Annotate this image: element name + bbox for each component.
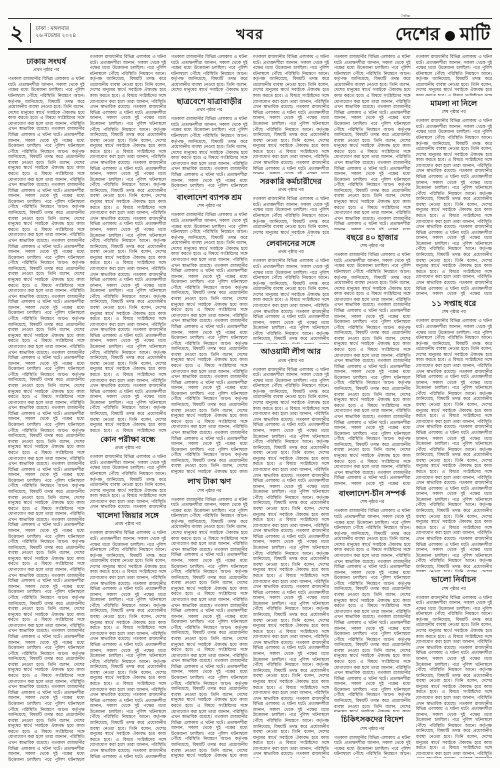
column-5: গতকাল রাজধানীর বিভিন্ন এলাকায় এ ঘটনা ঘট… [334,54,411,763]
article-headline: বাংলাদেশ-চীন সম্পর্ক [334,489,411,498]
continuation-label: প্রথম পৃষ্ঠার পর [253,249,330,256]
continuation-label: প্রথম পৃষ্ঠার পর [90,445,167,452]
article-body-text: গতকাল রাজধানীর বিভিন্ন এলাকায় এ ঘটনা ঘট… [416,595,493,758]
article-body-text: গতকাল রাজধানীর বিভিন্ন এলাকায় এ ঘটনা ঘট… [90,54,167,432]
article-headline: বছরে ৪০ হাজার [334,233,411,242]
header-top-rule [8,18,492,19]
continuation-label: প্রথম পৃষ্ঠার পর [253,358,330,365]
article-headline: ১১ সপ্তাহ ধরে [416,299,493,308]
column-2: গতকাল রাজধানীর বিভিন্ন এলাকায় এ ঘটনা ঘট… [90,54,167,763]
article-headline: ছাত্রবেশে যাত্রাবাড়ীর [171,97,248,106]
article-body-text: গতকাল রাজধানীর বিভিন্ন এলাকায় এ ঘটনা ঘট… [416,118,493,296]
continuation-label: শেষ পৃষ্ঠার পর [334,726,411,733]
continuation-label: শেষ পৃষ্ঠার পর [416,309,493,316]
article-body-text: গতকাল রাজধানীর বিভিন্ন এলাকায় এ ঘটনা ঘট… [171,212,248,474]
article-body-text: গতকাল রাজধানীর বিভিন্ন এলাকায় এ ঘটনা ঘট… [253,196,330,236]
article-body-text: গতকাল রাজধানীর বিভিন্ন এলাকায় এ ঘটনা ঘট… [334,508,411,712]
article-headline: খালেদা জিয়ার সঙ্গে [90,511,167,520]
continuation-label: প্রথম পৃষ্ঠার পর [171,107,248,114]
article-columns: ঢাকায় সংঘর্ষপ্রথম পৃষ্ঠার পরগতকাল রাজধা… [8,54,492,763]
article-headline: আওয়ামী লীগ আর [253,347,330,356]
continuation-label: শেষ পৃষ্ঠার পর [416,586,493,593]
article-body-text: গতকাল রাজধানীর বিভিন্ন এলাকায় এ ঘটনা ঘট… [253,54,330,174]
article-body-text: গতকাল রাজধানীর বিভিন্ন এলাকায় এ ঘটনা ঘট… [171,497,248,758]
page-header: ২ ঢাকা : মঙ্গলবার ২৬ নভেম্বর ২০২৪ খবর দৈ… [8,20,492,47]
header-bottom-rule [8,48,492,50]
masthead: দৈনিক দেশের মাটি [395,20,490,51]
newspaper-page: ২ ঢাকা : মঙ্গলবার ২৬ নভেম্বর ২০২৪ খবর দৈ… [0,0,500,768]
continuation-label: শেষ পৃষ্ঠার পর [334,243,411,250]
article-body-text: গতকাল রাজধানীর বিভিন্ন এলাকায় এ ঘটনা ঘট… [171,54,248,94]
article-headline: সরকারি কর্মচারীদের [253,177,330,186]
continuation-label: শেষ পৃষ্ঠার পর [334,499,411,506]
article-headline: লাখ টাকা ঋণ [171,477,248,486]
column-3: গতকাল রাজধানীর বিভিন্ন এলাকায় এ ঘটনা ঘট… [171,54,248,763]
masthead-logo-icon [445,31,455,41]
column-1: ঢাকায় সংঘর্ষপ্রথম পৃষ্ঠার পরগতকাল রাজধা… [8,54,85,763]
article-headline: লেবাননের সঙ্গে [253,239,330,248]
continuation-label: শেষ পৃষ্ঠার পর [171,488,248,495]
masthead-tagline: দৈনিক [401,15,410,19]
column-4: গতকাল রাজধানীর বিভিন্ন এলাকায় এ ঘটনা ঘট… [253,54,330,763]
article-body-text: গতকাল রাজধানীর বিভিন্ন এলাকায় এ ঘটনা ঘট… [90,530,167,759]
article-body-text: গতকাল রাজধানীর বিভিন্ন এলাকায় এ ঘটনা ঘট… [253,258,330,344]
masthead-word2: মাটি [460,20,490,51]
article-body-text: গতকাল রাজধানীর বিভিন্ন এলাকায় এ ঘটনা ঘট… [416,318,493,572]
article-body-text: গতকাল রাজধানীর বিভিন্ন এলাকায় এ ঘটনা ঘট… [416,54,493,96]
article-body-text: গতকাল রাজধানীর বিভিন্ন এলাকায় এ ঘটনা ঘট… [253,367,330,758]
continuation-label: প্রথম পৃষ্ঠার পর [8,67,85,74]
article-headline: বাংলাদেশ ব্যাপক শ্রম [171,193,248,202]
article-headline: কোন পরীক্ষা বন্ধে [90,435,167,444]
continuation-label: শেষ পৃষ্ঠার পর [171,203,248,210]
article-headline: মামলা না নিলে [416,99,493,108]
article-headline: ভালো নির্বাচন [416,575,493,584]
article-headline: ঢাকায় সংঘর্ষ [8,57,85,66]
article-body-text: গতকাল রাজধানীর বিভিন্ন এলাকায় এ ঘটনা ঘট… [171,116,248,190]
article-body-text: গতকাল রাজধানীর বিভিন্ন এলাকায় এ ঘটনা ঘট… [334,735,411,758]
article-body-text: গতকাল রাজধানীর বিভিন্ন এলাকায় এ ঘটনা ঘট… [334,54,411,230]
article-headline: চিকিৎসকদের বিদেশ [334,715,411,724]
article-body-text: গতকাল রাজধানীর বিভিন্ন এলাকায় এ ঘটনা ঘট… [90,454,167,508]
article-body-text: গতকাল রাজধানীর বিভিন্ন এলাকায় এ ঘটনা ঘট… [8,76,85,762]
continuation-label: প্রথম পৃষ্ঠার পর [90,521,167,528]
masthead-word1: দৈনিক দেশের [395,20,440,51]
continuation-label: প্রথম পৃষ্ঠার পর [253,187,330,194]
column-6: গতকাল রাজধানীর বিভিন্ন এলাকায় এ ঘটনা ঘট… [416,54,493,763]
article-body-text: গতকাল রাজধানীর বিভিন্ন এলাকায় এ ঘটনা ঘট… [334,252,411,486]
continuation-label: শেষ পৃষ্ঠার পর [416,109,493,116]
